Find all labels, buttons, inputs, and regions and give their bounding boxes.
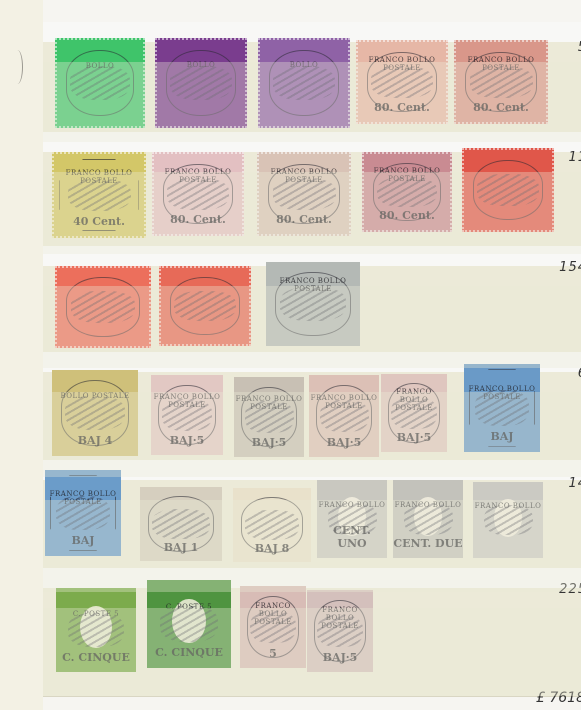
stamp[interactable]: BOLLO [155, 38, 247, 128]
stamp-value: BAJ [45, 534, 121, 547]
postmark-cancel [174, 291, 236, 321]
stamp-header: BOLLO [290, 61, 319, 69]
stamp[interactable]: FRANCO BOLLO POSTALEBAJ·5 [307, 590, 373, 672]
stamp-header: C. POSTE 5 [73, 610, 119, 618]
stamp[interactable]: FRANCO BOLLO POSTALEBAJ [464, 364, 540, 452]
stamp-header: FRANCO BOLLO POSTALE [45, 490, 121, 506]
stamp-value: 80. Cent. [154, 213, 242, 226]
stamp-header: FRANCO BOLLO POSTALE [456, 56, 546, 72]
stamp[interactable]: FRANCO BOLLO POSTALEBAJ·5 [309, 375, 379, 457]
stamp-value: 40 Cent. [54, 215, 144, 228]
spine-pencil-mark [12, 50, 23, 84]
stamp-header: FRANCO BOLLO POSTALE [259, 168, 349, 184]
postmark-cancel [65, 396, 125, 430]
stamp-header: FRANCO BOLLO POSTALE [364, 167, 450, 183]
stockbook-spine [0, 0, 44, 710]
stamp-value: BAJ 4 [52, 434, 138, 447]
stamp[interactable]: C. POSTE 5C. CINQUE [56, 588, 136, 672]
postmark-cancel [70, 66, 130, 100]
stamp-header: FRANCO BOLLO POSTALE [54, 169, 144, 185]
stamp-value: BAJ [464, 430, 540, 443]
stamp[interactable] [462, 148, 554, 232]
row-price-note: 11 [568, 150, 581, 165]
stamp[interactable]: FRANCO BOLLO POSTALE5 [240, 586, 306, 668]
stamp[interactable]: BOLLO POSTALEBAJ 4 [52, 370, 138, 456]
stamp-header: C. POSTE 5 [166, 603, 212, 611]
stamp-header: FRANCO BOLLO POSTALE [464, 385, 540, 401]
stamp[interactable]: FRANCO BOLLO POSTALEBAJ·5 [151, 375, 223, 455]
stamp[interactable]: FRANCO BOLLO POSTALE [266, 262, 360, 346]
stamp[interactable]: FRANCO BOLLO POSTALEBAJ·5 [381, 374, 447, 452]
stamp-header: FRANCO BOLLO [319, 501, 386, 509]
stamp[interactable]: FRANCO BOLLO [473, 482, 543, 558]
stamp-value: 80. Cent. [456, 101, 546, 114]
stamp-header: FRANCO BOLLO [475, 502, 542, 510]
row-price-note: 14 [568, 476, 581, 491]
stamp-value: C. CINQUE [147, 646, 231, 659]
stamp-header: FRANCO BOLLO POSTALE [266, 277, 360, 293]
row-price-note: 154 [559, 260, 581, 275]
stamp-header: FRANCO BOLLO POSTALE [381, 388, 447, 412]
stamp-value: BAJ·5 [309, 436, 379, 449]
stamp-header: BOLLO POSTALE [60, 392, 129, 400]
stamp-header: BOLLO [86, 62, 115, 70]
stamp[interactable] [159, 266, 251, 346]
strip-top-margin [43, 568, 581, 588]
postmark-cancel [68, 613, 124, 647]
stamp[interactable]: FRANCO BOLLO POSTALEBAJ·5 [234, 377, 304, 457]
stamp[interactable]: FRANCO BOLLO POSTALE80. Cent. [362, 152, 452, 232]
stamp-value: CENT. UNO [317, 524, 387, 550]
stamp-header: FRANCO BOLLO POSTALE [240, 602, 306, 626]
stamp[interactable]: FRANCO BOLLOCENT. UNO [317, 480, 387, 558]
stamp[interactable]: BOLLO [55, 38, 145, 128]
postmark-cancel [160, 606, 219, 641]
stamp-header: FRANCO BOLLO POSTALE [154, 168, 242, 184]
stamp-value: BAJ·5 [381, 431, 447, 444]
stamp-value: BAJ·5 [234, 436, 304, 449]
stamp-header: FRANCO BOLLO POSTALE [151, 393, 223, 409]
stamp[interactable]: FRANCO BOLLO POSTALE40 Cent. [52, 152, 146, 238]
stamp[interactable]: BAJ 1 [140, 487, 222, 561]
stamp-value: 80. Cent. [259, 213, 349, 226]
stamp-header: FRANCO BOLLO POSTALE [234, 395, 304, 411]
stamp[interactable] [55, 266, 151, 348]
stamp-value: BAJ 1 [140, 541, 222, 554]
stamp[interactable]: BOLLO [258, 38, 350, 128]
postmark-cancel [170, 66, 232, 100]
stamp-header: FRANCO BOLLO POSTALE [307, 606, 373, 630]
postmark-cancel [71, 291, 135, 322]
stamp[interactable]: FRANCO BOLLOCENT. DUE [393, 480, 463, 558]
stamp[interactable]: C. POSTE 5C. CINQUE [147, 580, 231, 668]
stamp-value: BAJ 8 [233, 542, 311, 555]
row-price-note: 225 [559, 582, 581, 597]
stamp[interactable]: FRANCO BOLLO POSTALEBAJ [45, 470, 121, 556]
postmark-cancel [245, 510, 300, 540]
stamp[interactable]: FRANCO BOLLO POSTALE80. Cent. [257, 152, 351, 236]
strip-top-margin [43, 460, 581, 480]
stamp[interactable]: FRANCO BOLLO POSTALE80. Cent. [152, 152, 244, 236]
stamp-value: 80. Cent. [364, 209, 450, 222]
stamp-value: 80. Cent. [358, 101, 446, 114]
stamp[interactable]: FRANCO BOLLO POSTALE80. Cent. [454, 40, 548, 124]
stamp-value: CENT. DUE [393, 537, 463, 550]
stamp-header: FRANCO BOLLO POSTALE [358, 56, 446, 72]
postmark-cancel [273, 66, 335, 100]
postmark-cancel [152, 509, 209, 539]
stamp-value: BAJ·5 [151, 434, 223, 447]
stamp-header: FRANCO BOLLO [395, 501, 462, 509]
stamp-header: FRANCO BOLLO POSTALE [309, 394, 379, 410]
stamp[interactable]: FRANCO BOLLO POSTALE80. Cent. [356, 40, 448, 124]
stamp-header: BOLLO [187, 61, 216, 69]
postmark-cancel [477, 174, 539, 206]
stamp-value: 5 [240, 647, 306, 660]
stamp[interactable]: BAJ 8 [233, 488, 311, 562]
stamp-value: C. CINQUE [56, 651, 136, 664]
page-total-note: £ 7618 [536, 690, 581, 706]
stamp-value: BAJ·5 [307, 651, 373, 664]
